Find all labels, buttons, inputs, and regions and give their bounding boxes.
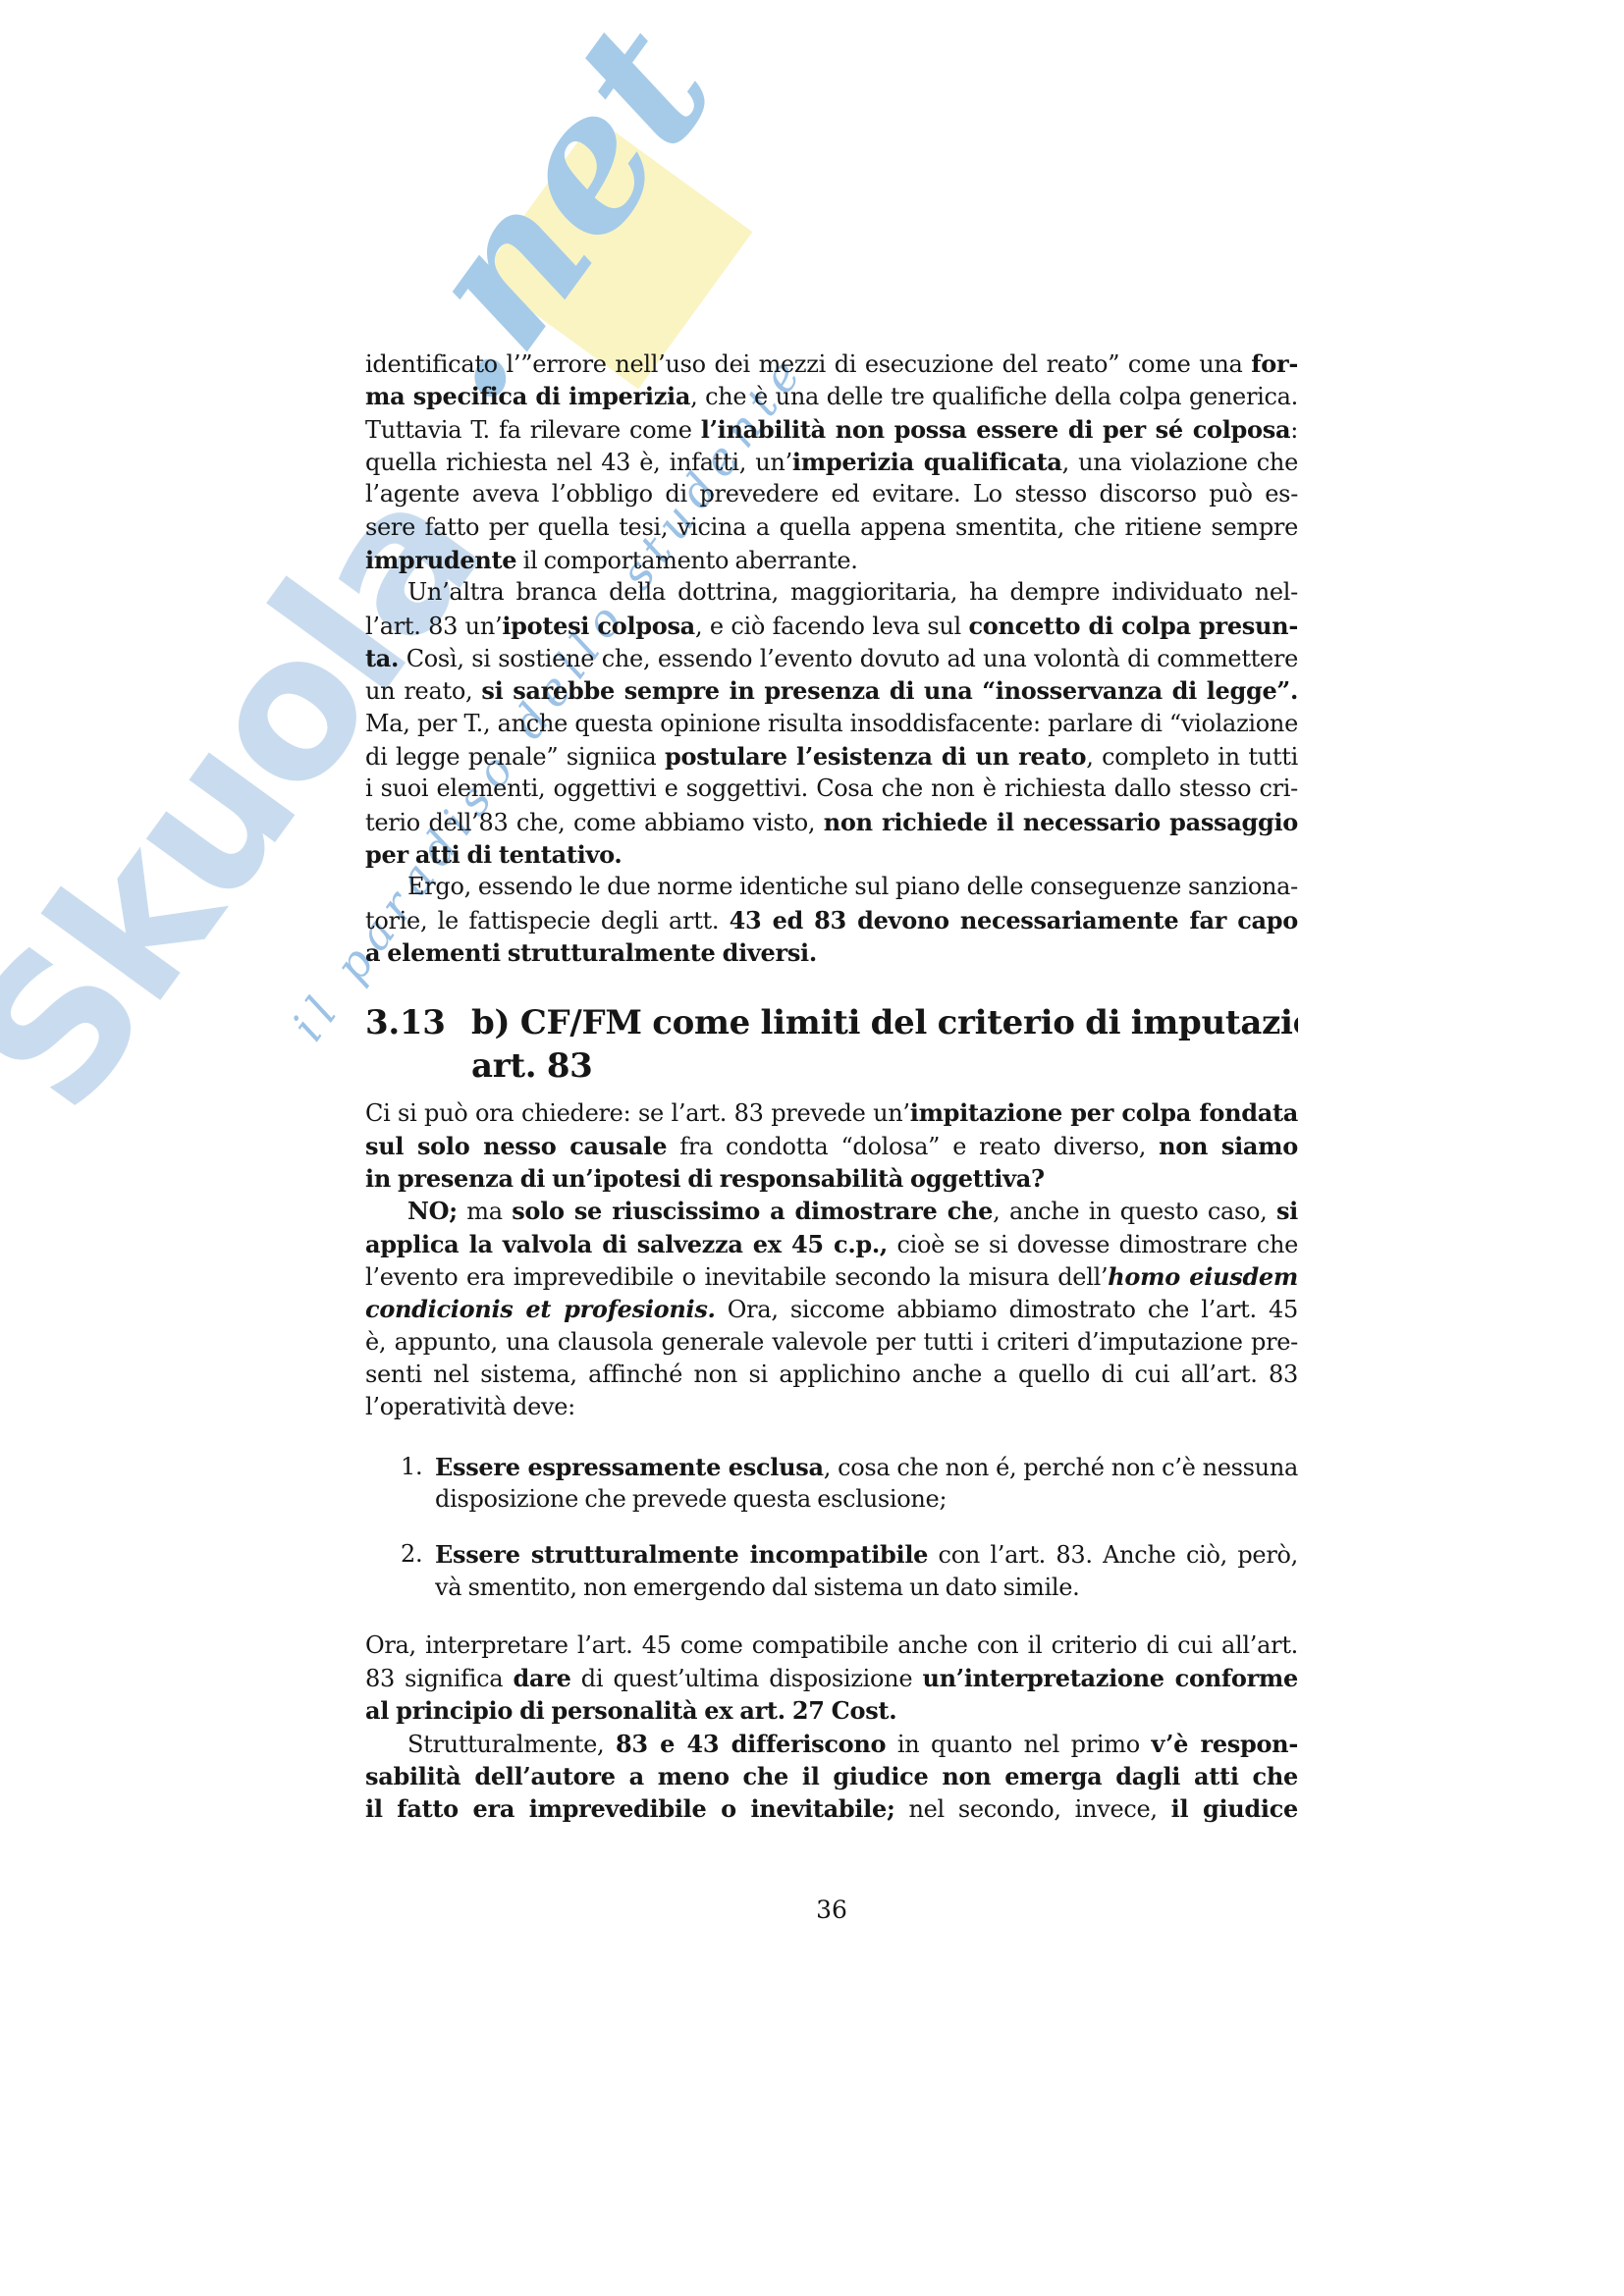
bold-text: concetto di colpa presun- (968, 612, 1298, 640)
bold-text: il giudice (1171, 1794, 1298, 1823)
text-line: Essere espressamente esclusa, cosa che n… (435, 1451, 1298, 1483)
text-line: terio dell’83 che, come abbiamo visto, n… (365, 806, 1298, 838)
text-line: a elementi strutturalmente diversi. (365, 936, 1298, 969)
text-line: di legge penale” signiica postulare l’es… (365, 740, 1298, 773)
text-line: l’evento era imprevedibile o inevitabile… (365, 1260, 1298, 1293)
text-run: Strutturalmente, (407, 1731, 616, 1758)
bold-italic-text: homo eiusdem (1108, 1262, 1298, 1291)
bold-text: per atti di tentativo. (365, 840, 622, 869)
text-line: il fatto era imprevedibile o inevitabile… (365, 1792, 1298, 1825)
bold-text: a elementi strutturalmente diversi. (365, 938, 817, 967)
heading-number: 3.13 (365, 1001, 446, 1044)
text-column: identificato l’”errore nell’uso dei mezz… (365, 347, 1298, 1826)
text-run: disposizione che prevede questa esclusio… (435, 1485, 947, 1513)
text-run: nel secondo, invece, (895, 1795, 1171, 1823)
text-line: i suoi elementi, oggettivi e soggettivi.… (365, 773, 1298, 805)
bold-text: dare (514, 1664, 571, 1692)
section-heading: 3.13b) CF/FM come limiti del criterio di… (365, 1001, 1298, 1088)
text-line: identificato l’”errore nell’uso dei mezz… (365, 347, 1298, 380)
text-run: Ci si può ora chiedere: se l’art. 83 pre… (365, 1099, 910, 1127)
text-line: un reato, si sarebbe sempre in presenza … (365, 674, 1298, 707)
page-number: 36 (365, 1896, 1298, 1924)
text-run: , che è una delle tre qualifiche della c… (690, 383, 1298, 410)
text-line: ma specifica di imperizia, che è una del… (365, 380, 1298, 412)
text-line: sabilità dell’autore a meno che il giudi… (365, 1760, 1298, 1792)
paragraph: Ci si può ora chiedere: se l’art. 83 pre… (365, 1096, 1298, 1195)
text-run: di legge penale” signiica (365, 743, 665, 771)
text-run: identificato l’”errore nell’uso dei mezz… (365, 350, 1251, 378)
bold-text: v’è respon- (1152, 1730, 1298, 1758)
list-item: 1.Essere espressamente esclusa, cosa che… (365, 1451, 1298, 1517)
text-run: terio dell’83 che, come abbiamo visto, (365, 809, 824, 836)
numbered-list: 1.Essere espressamente esclusa, cosa che… (365, 1451, 1298, 1604)
text-run: con l’art. 83. Anche ciò, però, (928, 1541, 1298, 1569)
text-line: l’agente aveva l’obbligo di prevedere ed… (365, 478, 1298, 510)
text-run: quella richiesta nel 43 è, infatti, un’ (365, 449, 792, 476)
text-line: Ora, interpretare l’art. 45 come compati… (365, 1629, 1298, 1662)
bold-text: applica la valvola di salvezza ex 45 c.p… (365, 1230, 888, 1258)
text-line: condicionis et profesionis. Ora, siccome… (365, 1293, 1298, 1325)
text-line: torie, le fattispecie degli artt. 43 ed … (365, 904, 1298, 936)
bold-text: Essere strutturalmente incompatibile (435, 1540, 928, 1569)
bold-text: l’inabilità non possa essere di per sé c… (701, 415, 1290, 444)
text-line: sul solo nesso causale fra condotta “dol… (365, 1130, 1298, 1162)
text-line: al principio di personalità ex art. 27 C… (365, 1694, 1298, 1727)
text-line: applica la valvola di salvezza ex 45 c.p… (365, 1228, 1298, 1260)
text-line: Tuttavia T. fa rilevare come l’inabilità… (365, 413, 1298, 446)
paragraph: NO; ma solo se riuscissimo a dimostrare … (365, 1195, 1298, 1423)
bold-text: postulare l’esistenza di un reato (665, 742, 1086, 771)
text-line: quella richiesta nel 43 è, infatti, un’i… (365, 446, 1298, 478)
text-line: imprudente il comportamento aberrante. (365, 544, 1298, 576)
text-run: fra condotta “dolosa” e reato diverso, (667, 1133, 1159, 1160)
text-run: : (1290, 416, 1298, 444)
text-line: Ergo, essendo le due norme identiche sul… (365, 871, 1298, 903)
text-run: l’evento era imprevedibile o inevitabile… (365, 1263, 1108, 1291)
text-run: Ora, interpretare l’art. 45 come compati… (365, 1631, 1298, 1659)
bold-text: ma specifica di imperizia (365, 382, 690, 410)
text-line: và smentito, non emergendo dal sistema u… (435, 1572, 1298, 1604)
bold-text: 43 ed 83 devono necessariamente far capo (730, 906, 1298, 934)
text-run: Ora, siccome abbiamo dimostrato che l’ar… (716, 1296, 1298, 1323)
text-run: Ergo, essendo le due norme identiche sul… (407, 873, 1298, 900)
bold-text: ipotesi colposa (502, 612, 695, 640)
bold-text: non richiede il necessario passaggio (824, 808, 1298, 836)
bold-text: sul solo nesso causale (365, 1132, 667, 1160)
bold-text: il fatto era imprevedibile o inevitabile… (365, 1794, 895, 1823)
bold-italic-text: condicionis et profesionis. (365, 1295, 716, 1323)
text-line: Ma, per T., anche questa opinione risult… (365, 708, 1298, 740)
text-line: Essere strutturalmente incompatibile con… (435, 1538, 1298, 1571)
text-line: per atti di tentativo. (365, 838, 1298, 871)
bold-text: Essere espressamente esclusa (435, 1453, 824, 1481)
text-run: , anche in questo caso, (993, 1198, 1276, 1225)
text-run: l’agente aveva l’obbligo di prevedere ed… (365, 480, 1298, 507)
text-run: , cosa che non é, perché non c’è nessuna (824, 1454, 1298, 1481)
bold-text: in presenza di un’ipotesi di responsabil… (365, 1164, 1045, 1193)
text-line: Strutturalmente, 83 e 43 differiscono in… (365, 1728, 1298, 1760)
text-run: , completo in tutti (1086, 743, 1298, 771)
bold-text: impitazione per colpa fondata (910, 1098, 1298, 1127)
text-line: l’operatività deve: (365, 1391, 1298, 1423)
document-page: Skuola .net il paradiso dello studente i… (0, 0, 1624, 2296)
bold-text: sabilità dell’autore a meno che il giudi… (365, 1762, 1298, 1790)
text-run: di quest’ultima disposizione (571, 1665, 923, 1692)
paragraph: Ora, interpretare l’art. 45 come compati… (365, 1629, 1298, 1728)
text-run: 83 significa (365, 1665, 514, 1692)
text-line: ta. Così, si sostiene che, essendo l’eve… (365, 642, 1298, 674)
text-line: NO; ma solo se riuscissimo a dimostrare … (365, 1195, 1298, 1227)
text-line: è, appunto, una clausola generale valevo… (365, 1326, 1298, 1359)
bold-text: NO; (407, 1197, 458, 1225)
text-run: Ma, per T., anche questa opinione risult… (365, 710, 1298, 737)
text-line: in presenza di un’ipotesi di responsabil… (365, 1162, 1298, 1195)
text-run: un reato, (365, 677, 481, 705)
bold-text: imperizia qualificata (792, 448, 1062, 476)
text-line: senti nel sistema, affinché non si appli… (365, 1359, 1298, 1391)
text-line: Ci si può ora chiedere: se l’art. 83 pre… (365, 1096, 1298, 1129)
text-run: ma (458, 1198, 512, 1225)
text-run: sere fatto per quella tesi, vicina a que… (365, 513, 1298, 541)
text-run: è, appunto, una clausola generale valevo… (365, 1328, 1298, 1356)
heading-line: art. 83 (471, 1044, 1298, 1088)
text-run: Tuttavia T. fa rilevare come (365, 416, 701, 444)
text-run: in quanto nel primo (886, 1731, 1151, 1758)
text-run: il comportamento aberrante. (516, 547, 857, 574)
text-run: senti nel sistema, affinché non si appli… (365, 1361, 1298, 1388)
bold-text: for- (1251, 349, 1298, 378)
bold-text: ta. (365, 644, 399, 672)
text-run: Un’altra branca della dottrina, maggiori… (407, 578, 1298, 606)
text-line: l’art. 83 un’ipotesi colposa, e ciò face… (365, 610, 1298, 642)
text-run: và smentito, non emergendo dal sistema u… (435, 1574, 1080, 1601)
bold-text: al principio di personalità ex art. 27 C… (365, 1696, 896, 1725)
text-run: , e ciò facendo leva sul (695, 613, 969, 640)
text-run: cioè se si dovesse dimostrare che (888, 1231, 1298, 1258)
text-line: sere fatto per quella tesi, vicina a que… (365, 511, 1298, 544)
paragraph: Strutturalmente, 83 e 43 differiscono in… (365, 1728, 1298, 1826)
paragraph: Un’altra branca della dottrina, maggiori… (365, 576, 1298, 871)
text-run: i suoi elementi, oggettivi e soggettivi.… (365, 774, 1298, 802)
text-run: l’operatività deve: (365, 1393, 575, 1420)
heading-line: b) CF/FM come limiti del criterio di imp… (471, 1001, 1298, 1044)
list-item-number: 2. (401, 1538, 422, 1571)
text-line: Un’altra branca della dottrina, maggiori… (365, 576, 1298, 609)
text-line: 83 significa dare di quest’ultima dispos… (365, 1662, 1298, 1694)
list-item-number: 1. (401, 1451, 422, 1483)
paragraph: Ergo, essendo le due norme identiche sul… (365, 871, 1298, 969)
text-run: , una violazione che (1062, 449, 1298, 476)
text-run: Così, si sostiene che, essendo l’evento … (399, 645, 1298, 672)
list-item: 2.Essere strutturalmente incompatibile c… (365, 1538, 1298, 1604)
text-run: l’art. 83 un’ (365, 613, 502, 640)
bold-text: si sarebbe sempre in presenza di una “in… (481, 676, 1298, 705)
bold-text: solo se riuscissimo a dimostrare che (512, 1197, 993, 1225)
bold-text: un’interpretazione conforme (922, 1664, 1298, 1692)
bold-text: si (1276, 1197, 1298, 1225)
bold-text: imprudente (365, 546, 516, 574)
text-run: torie, le fattispecie degli artt. (365, 907, 730, 934)
text-line: disposizione che prevede questa esclusio… (435, 1483, 1298, 1516)
bold-text: 83 e 43 differiscono (616, 1730, 886, 1758)
paragraph: identificato l’”errore nell’uso dei mezz… (365, 347, 1298, 576)
